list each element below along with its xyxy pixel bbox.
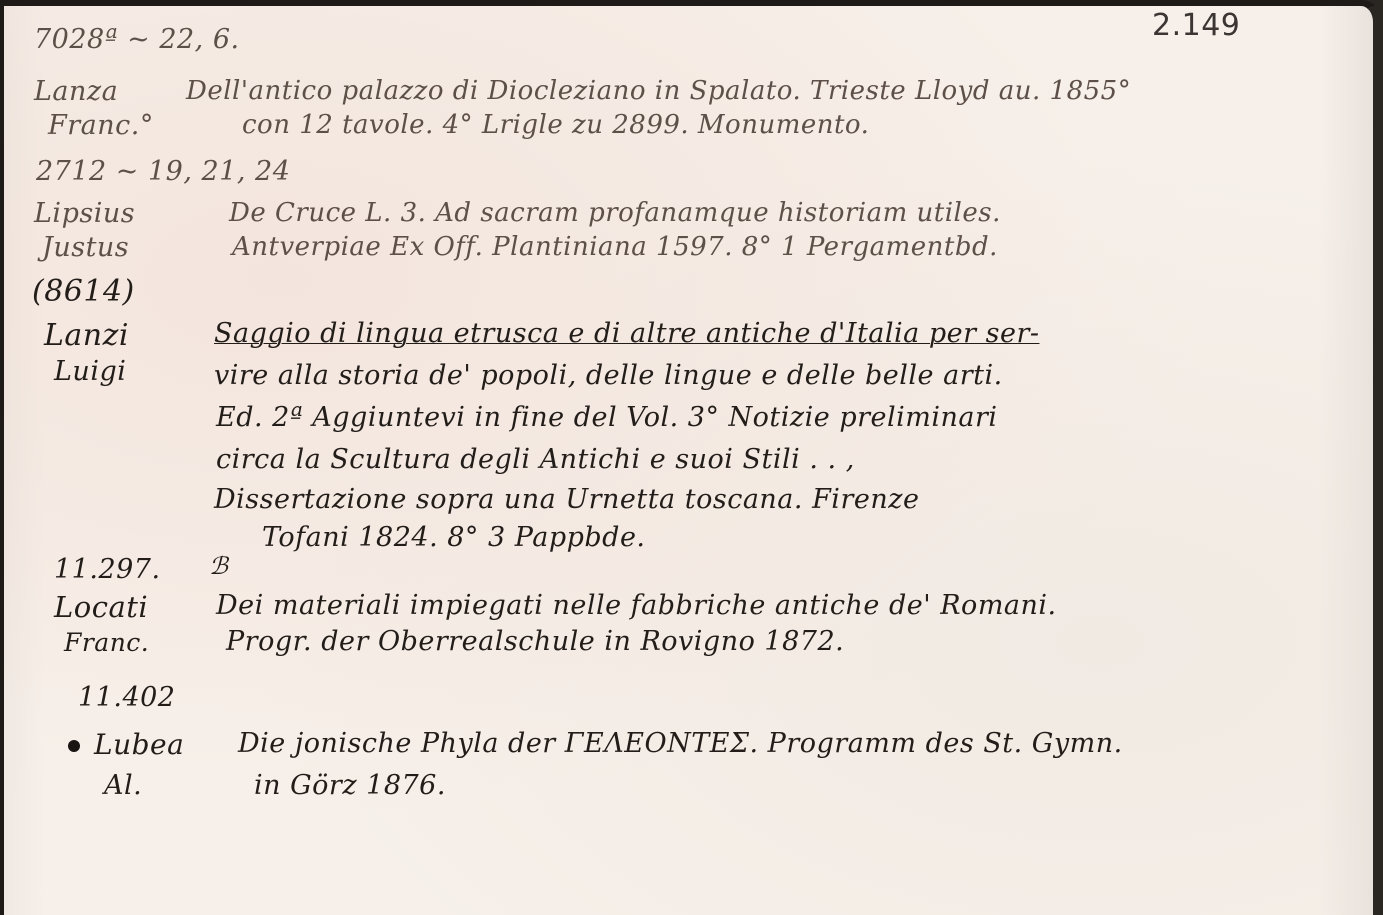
shelfmark: 2.149 [1152, 8, 1240, 43]
call-number: 11.297. [54, 554, 161, 585]
call-number: 2712 ~ 19, 21, 24 [36, 156, 290, 187]
call-number: 7028ª ~ 22, 6. [34, 24, 240, 55]
author-given: Franc. [64, 628, 149, 657]
bullet-dot-icon [68, 740, 80, 752]
marker-symbol: ℬ [209, 552, 228, 580]
title-line: Tofani 1824. 8° 3 Pappbde. [262, 522, 646, 553]
author-given: Al. [104, 770, 142, 801]
title-line: circa la Scultura degli Antichi e suoi S… [216, 444, 855, 475]
call-number: (8614) [32, 274, 135, 309]
catalog-card: 2.149 7028ª ~ 22, 6. Lanza Franc.° Dell'… [0, 0, 1383, 915]
title-line: Ed. 2ª Aggiuntevi in fine del Vol. 3° No… [216, 402, 998, 433]
title-line: Die jonische Phyla der ΓΕΛΕΟΝΤΕΣ. Progra… [238, 728, 1123, 759]
title-line: vire alla storia de' popoli, delle lingu… [214, 360, 1003, 391]
title-line: Dell'antico palazzo di Diocleziano in Sp… [186, 76, 1131, 106]
author-given: Luigi [54, 356, 126, 387]
title-line: Progr. der Oberrealschule in Rovigno 187… [226, 626, 844, 657]
title-line: con 12 tavole. 4° Lrigle zu 2899. Monume… [242, 110, 869, 140]
title-line: Saggio di lingua etrusca e di altre anti… [214, 318, 1039, 349]
title-line: Dissertazione sopra una Urnetta toscana.… [214, 484, 919, 515]
title-line: De Cruce L. 3. Ad sacram profanamque his… [229, 198, 1001, 228]
call-number: 11.402 [78, 682, 175, 713]
author-surname: Lanzi [44, 318, 129, 353]
author-surname: Lipsius [34, 198, 135, 229]
author-given: Justus [42, 232, 129, 263]
title-line: in Görz 1876. [254, 770, 446, 801]
author-surname: Lubea [94, 728, 184, 761]
author-surname: Lanza [34, 76, 118, 107]
title-line: Antverpiae Ex Off. Plantiniana 1597. 8° … [232, 232, 998, 262]
author-given: Franc.° [48, 110, 154, 141]
title-line: Dei materiali impiegati nelle fabbriche … [216, 590, 1057, 621]
author-surname: Locati [54, 590, 148, 624]
